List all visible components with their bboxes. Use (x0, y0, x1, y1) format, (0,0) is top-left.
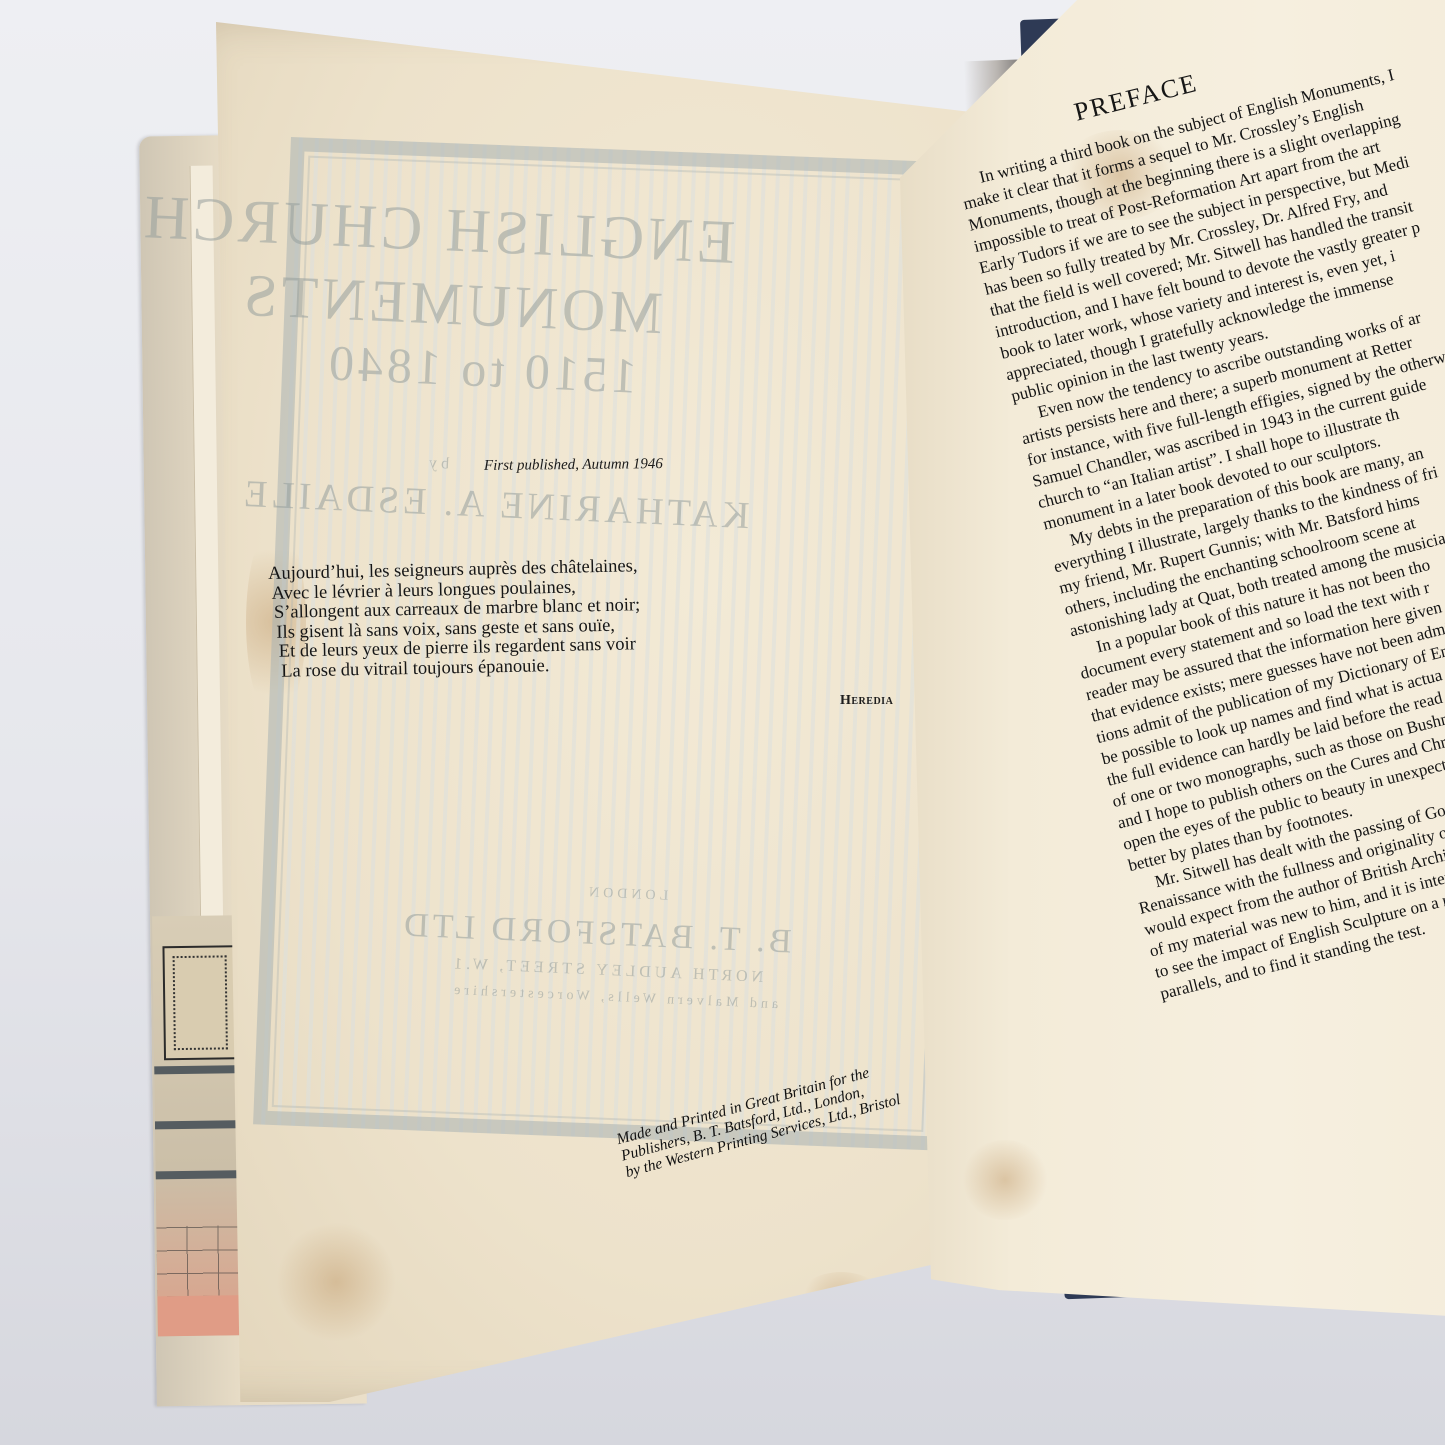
book-photo-scene: ENGLISH CHURCH MONUMENTS 1510 to 1840 by… (0, 0, 1445, 1445)
foxing-stain (796, 1272, 886, 1332)
verse-attribution: Heredia (840, 693, 893, 709)
step-line (154, 1065, 244, 1074)
epigraph-verse: Aujourd’hui, les seigneurs auprès des ch… (268, 557, 642, 682)
pedestal-drawing (162, 945, 238, 1060)
foxing-stain (960, 1140, 1050, 1220)
foxing-stain (276, 1222, 396, 1342)
showthrough-by: by (425, 454, 450, 473)
first-published-note: First published, Autumn 1946 (484, 456, 663, 475)
